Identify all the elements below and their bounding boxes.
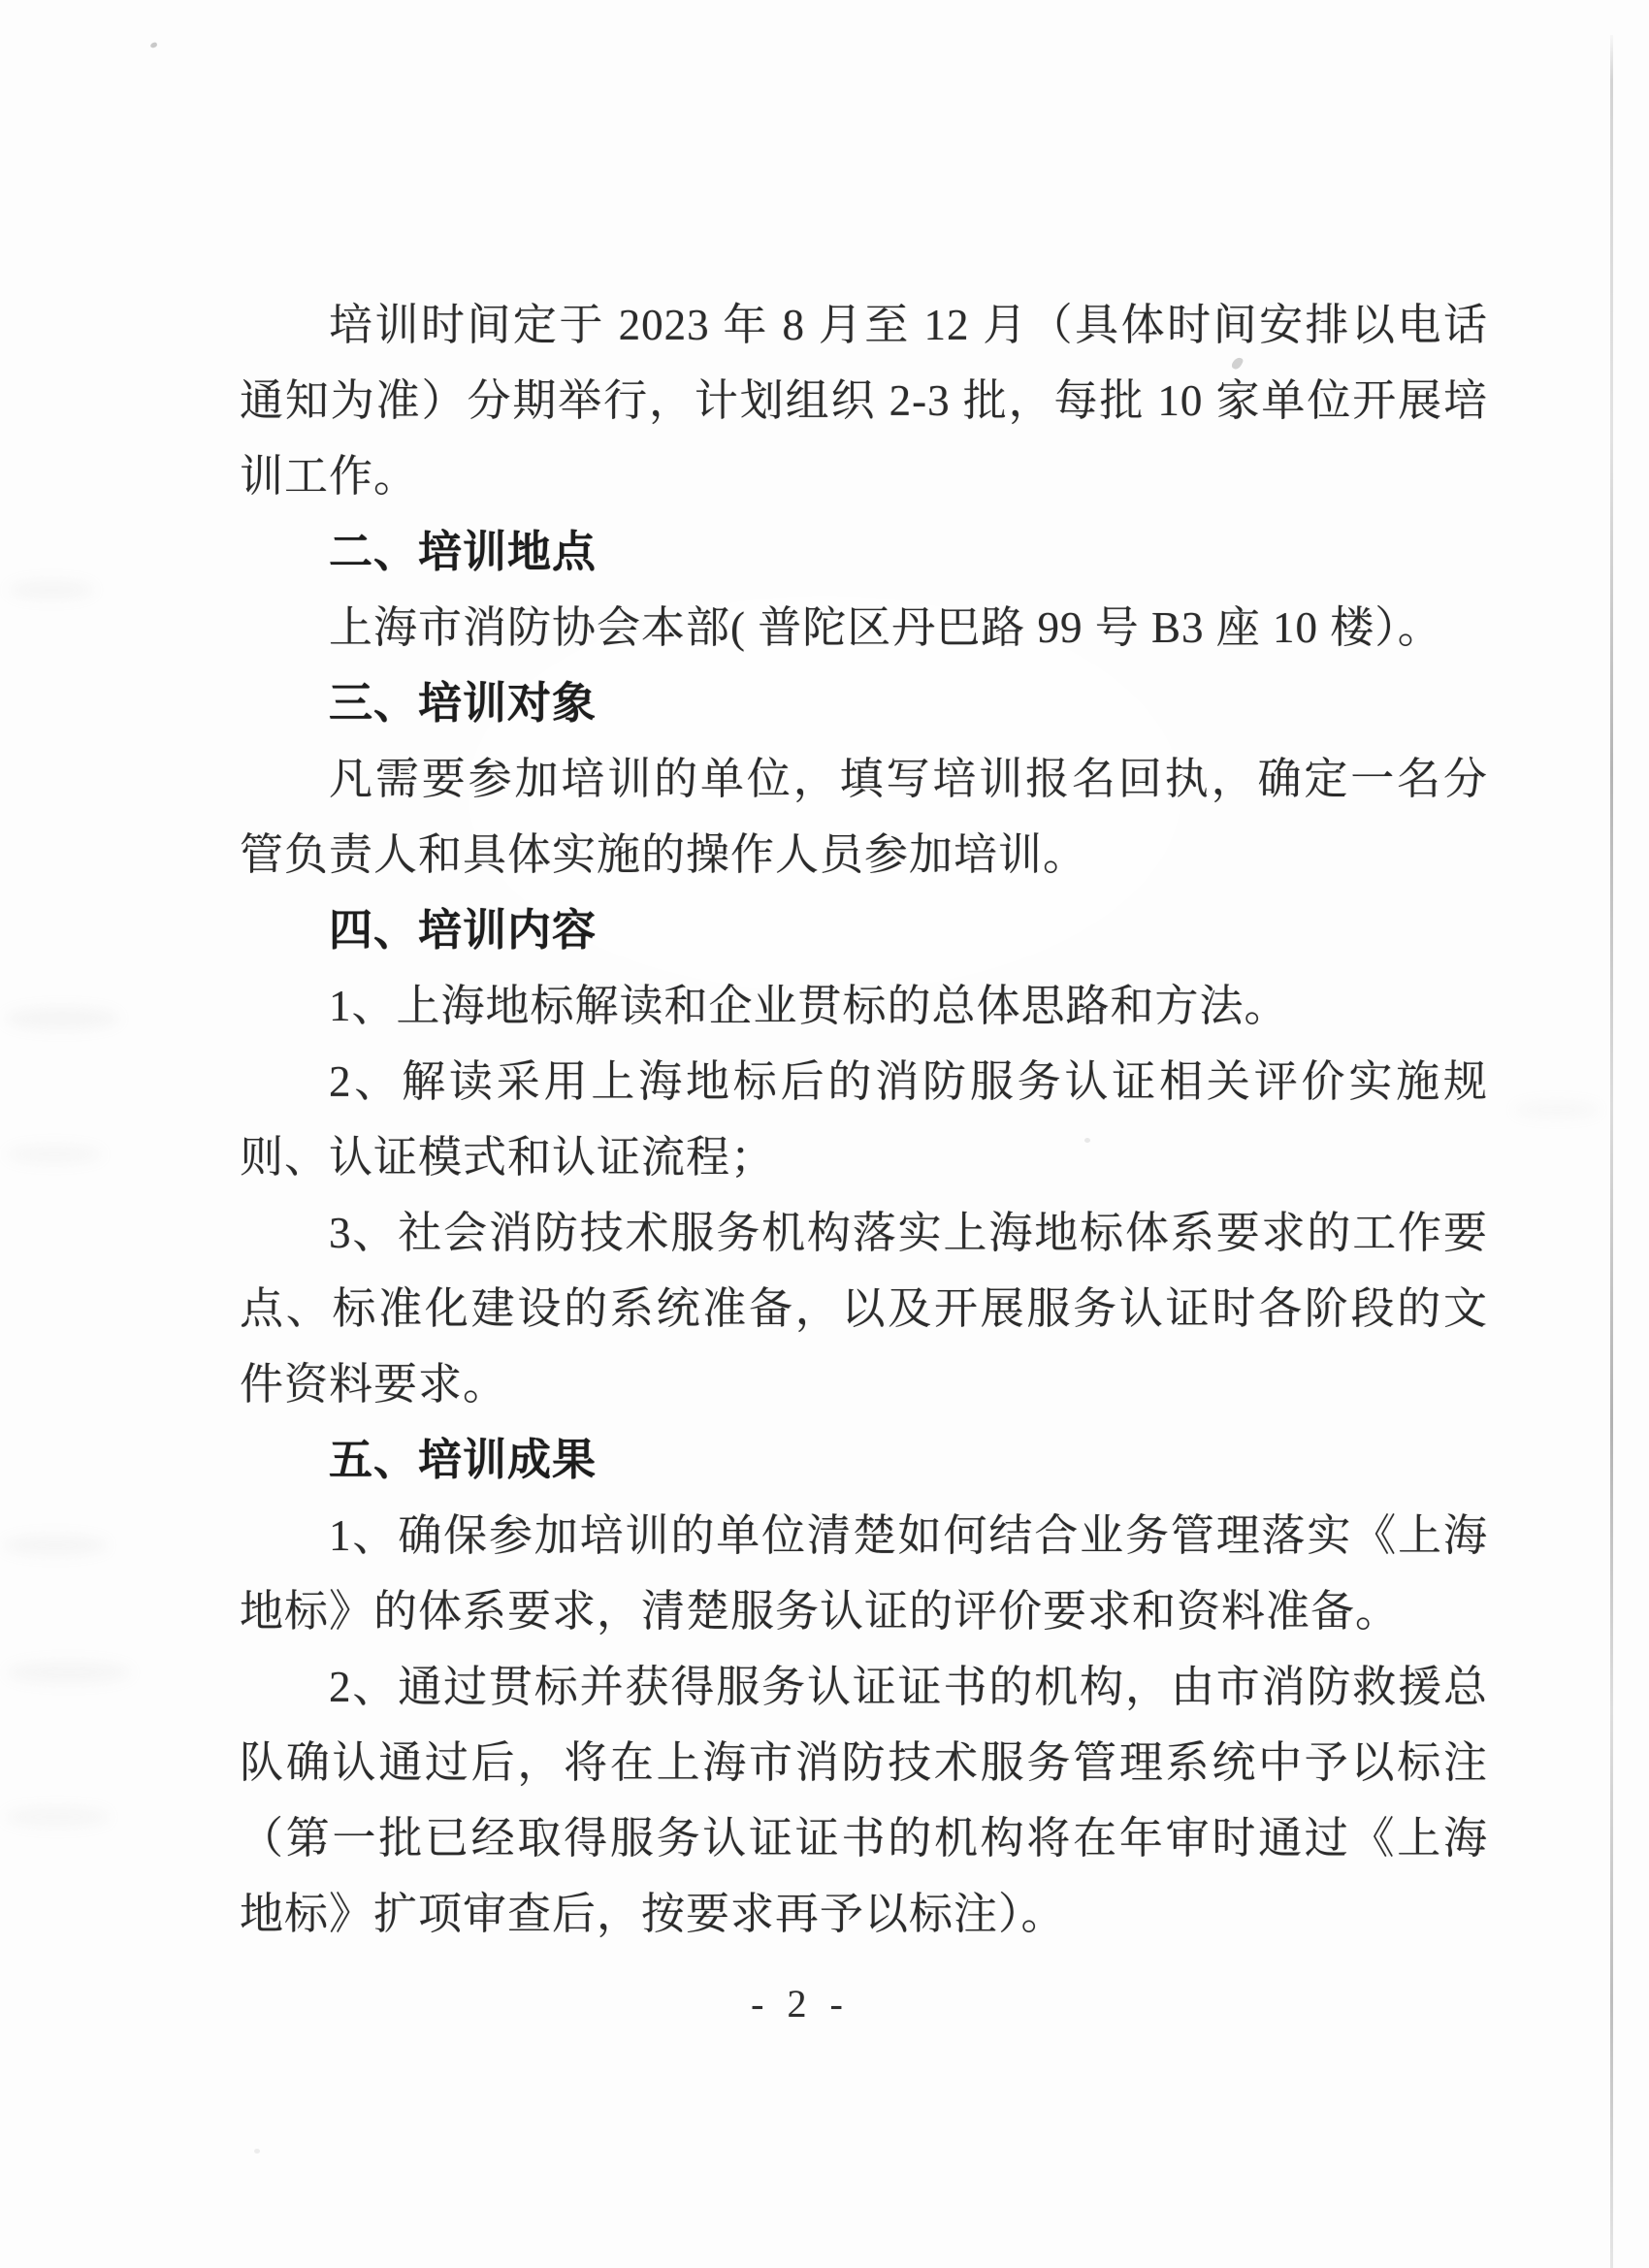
scan-artifact-speck — [254, 2149, 260, 2154]
scan-artifact-vertical-line — [1610, 35, 1613, 2268]
paragraph-content-item-3: 3、社会消防技术服务机构落实上海地标体系要求的工作要点、标准化建设的系统准备，以… — [240, 1195, 1488, 1422]
document-page: 培训时间定于 2023 年 8 月至 12 月（具体时间安排以电话通知为准）分期… — [0, 0, 1649, 2268]
scan-artifact-smudge — [8, 580, 95, 599]
paragraph-content-item-1: 1、上海地标解读和企业贯标的总体思路和方法。 — [240, 968, 1488, 1044]
scan-artifact-smudge — [6, 1145, 103, 1164]
paragraph-content-item-2: 2、解读采用上海地标后的消防服务认证相关评价实施规则、认证模式和认证流程； — [240, 1044, 1488, 1195]
scan-artifact-smudge — [4, 1007, 120, 1030]
page-number: - 2 - — [0, 1981, 1625, 2027]
paragraph-outcome-item-2: 2、通过贯标并获得服务认证证书的机构，由市消防救援总队确认通过后，将在上海市消防… — [240, 1649, 1488, 1952]
heading-section-4-training-content: 四、培训内容 — [240, 892, 1488, 968]
paragraph-outcome-item-1: 1、确保参加培训的单位清楚如何结合业务管理落实《上海地标》的体系要求，清楚服务认… — [240, 1498, 1488, 1649]
heading-section-2-training-location: 二、培训地点 — [240, 514, 1488, 590]
scan-artifact-speck — [1084, 1138, 1090, 1143]
scan-artifact-smudge — [6, 1661, 132, 1684]
scan-artifact-speck — [149, 42, 157, 49]
heading-section-5-training-outcomes: 五、培训成果 — [240, 1422, 1488, 1498]
scan-artifact-smudge — [4, 1806, 111, 1828]
paragraph-training-audience: 凡需要参加培训的单位，填写培训报名回执，确定一名分管负责人和具体实施的操作人员参… — [240, 741, 1488, 892]
scan-artifact-smudge — [1513, 1101, 1600, 1118]
paragraph-training-location: 上海市消防协会本部( 普陀区丹巴路 99 号 B3 座 10 楼）。 — [240, 590, 1488, 665]
heading-section-3-training-audience: 三、培训对象 — [240, 665, 1488, 741]
paragraph-training-schedule: 培训时间定于 2023 年 8 月至 12 月（具体时间安排以电话通知为准）分期… — [240, 287, 1488, 514]
scan-artifact-smudge — [2, 1535, 109, 1556]
